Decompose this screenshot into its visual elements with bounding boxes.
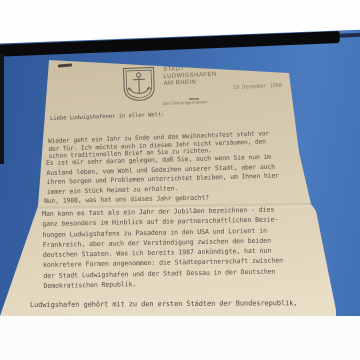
- letterhead-office: Der Oberbürgermeister: [163, 99, 207, 106]
- pen-mark: [58, 63, 72, 67]
- letter-date: 19 Dezember 1988: [233, 83, 282, 91]
- anchor-shield-icon: [119, 65, 158, 102]
- letterhead-org-name: STADT LUDWIGSHAFEN AM RHEIN: [163, 65, 217, 88]
- desk-edge-left: [0, 54, 4, 164]
- salutation-line: Liebe Ludwigshafener in aller Welt:: [50, 112, 165, 122]
- paragraph-2: Es ist mir sehr daran gelegen, daß Sie, …: [46, 153, 279, 197]
- letter-paper: STADT LUDWIGSHAFEN AM RHEIN Der Oberbürg…: [0, 56, 336, 316]
- paragraph-3: Man kann es fast als ein Jahr der Jubilä…: [42, 204, 283, 291]
- white-bottom-band: [0, 316, 360, 360]
- closing-line: Ludwigshafen gehört mit zu den ersten St…: [30, 299, 297, 309]
- letterhead-dash: [189, 98, 199, 100]
- photo-background: STADT LUDWIGSHAFEN AM RHEIN Der Oberbürg…: [0, 26, 360, 316]
